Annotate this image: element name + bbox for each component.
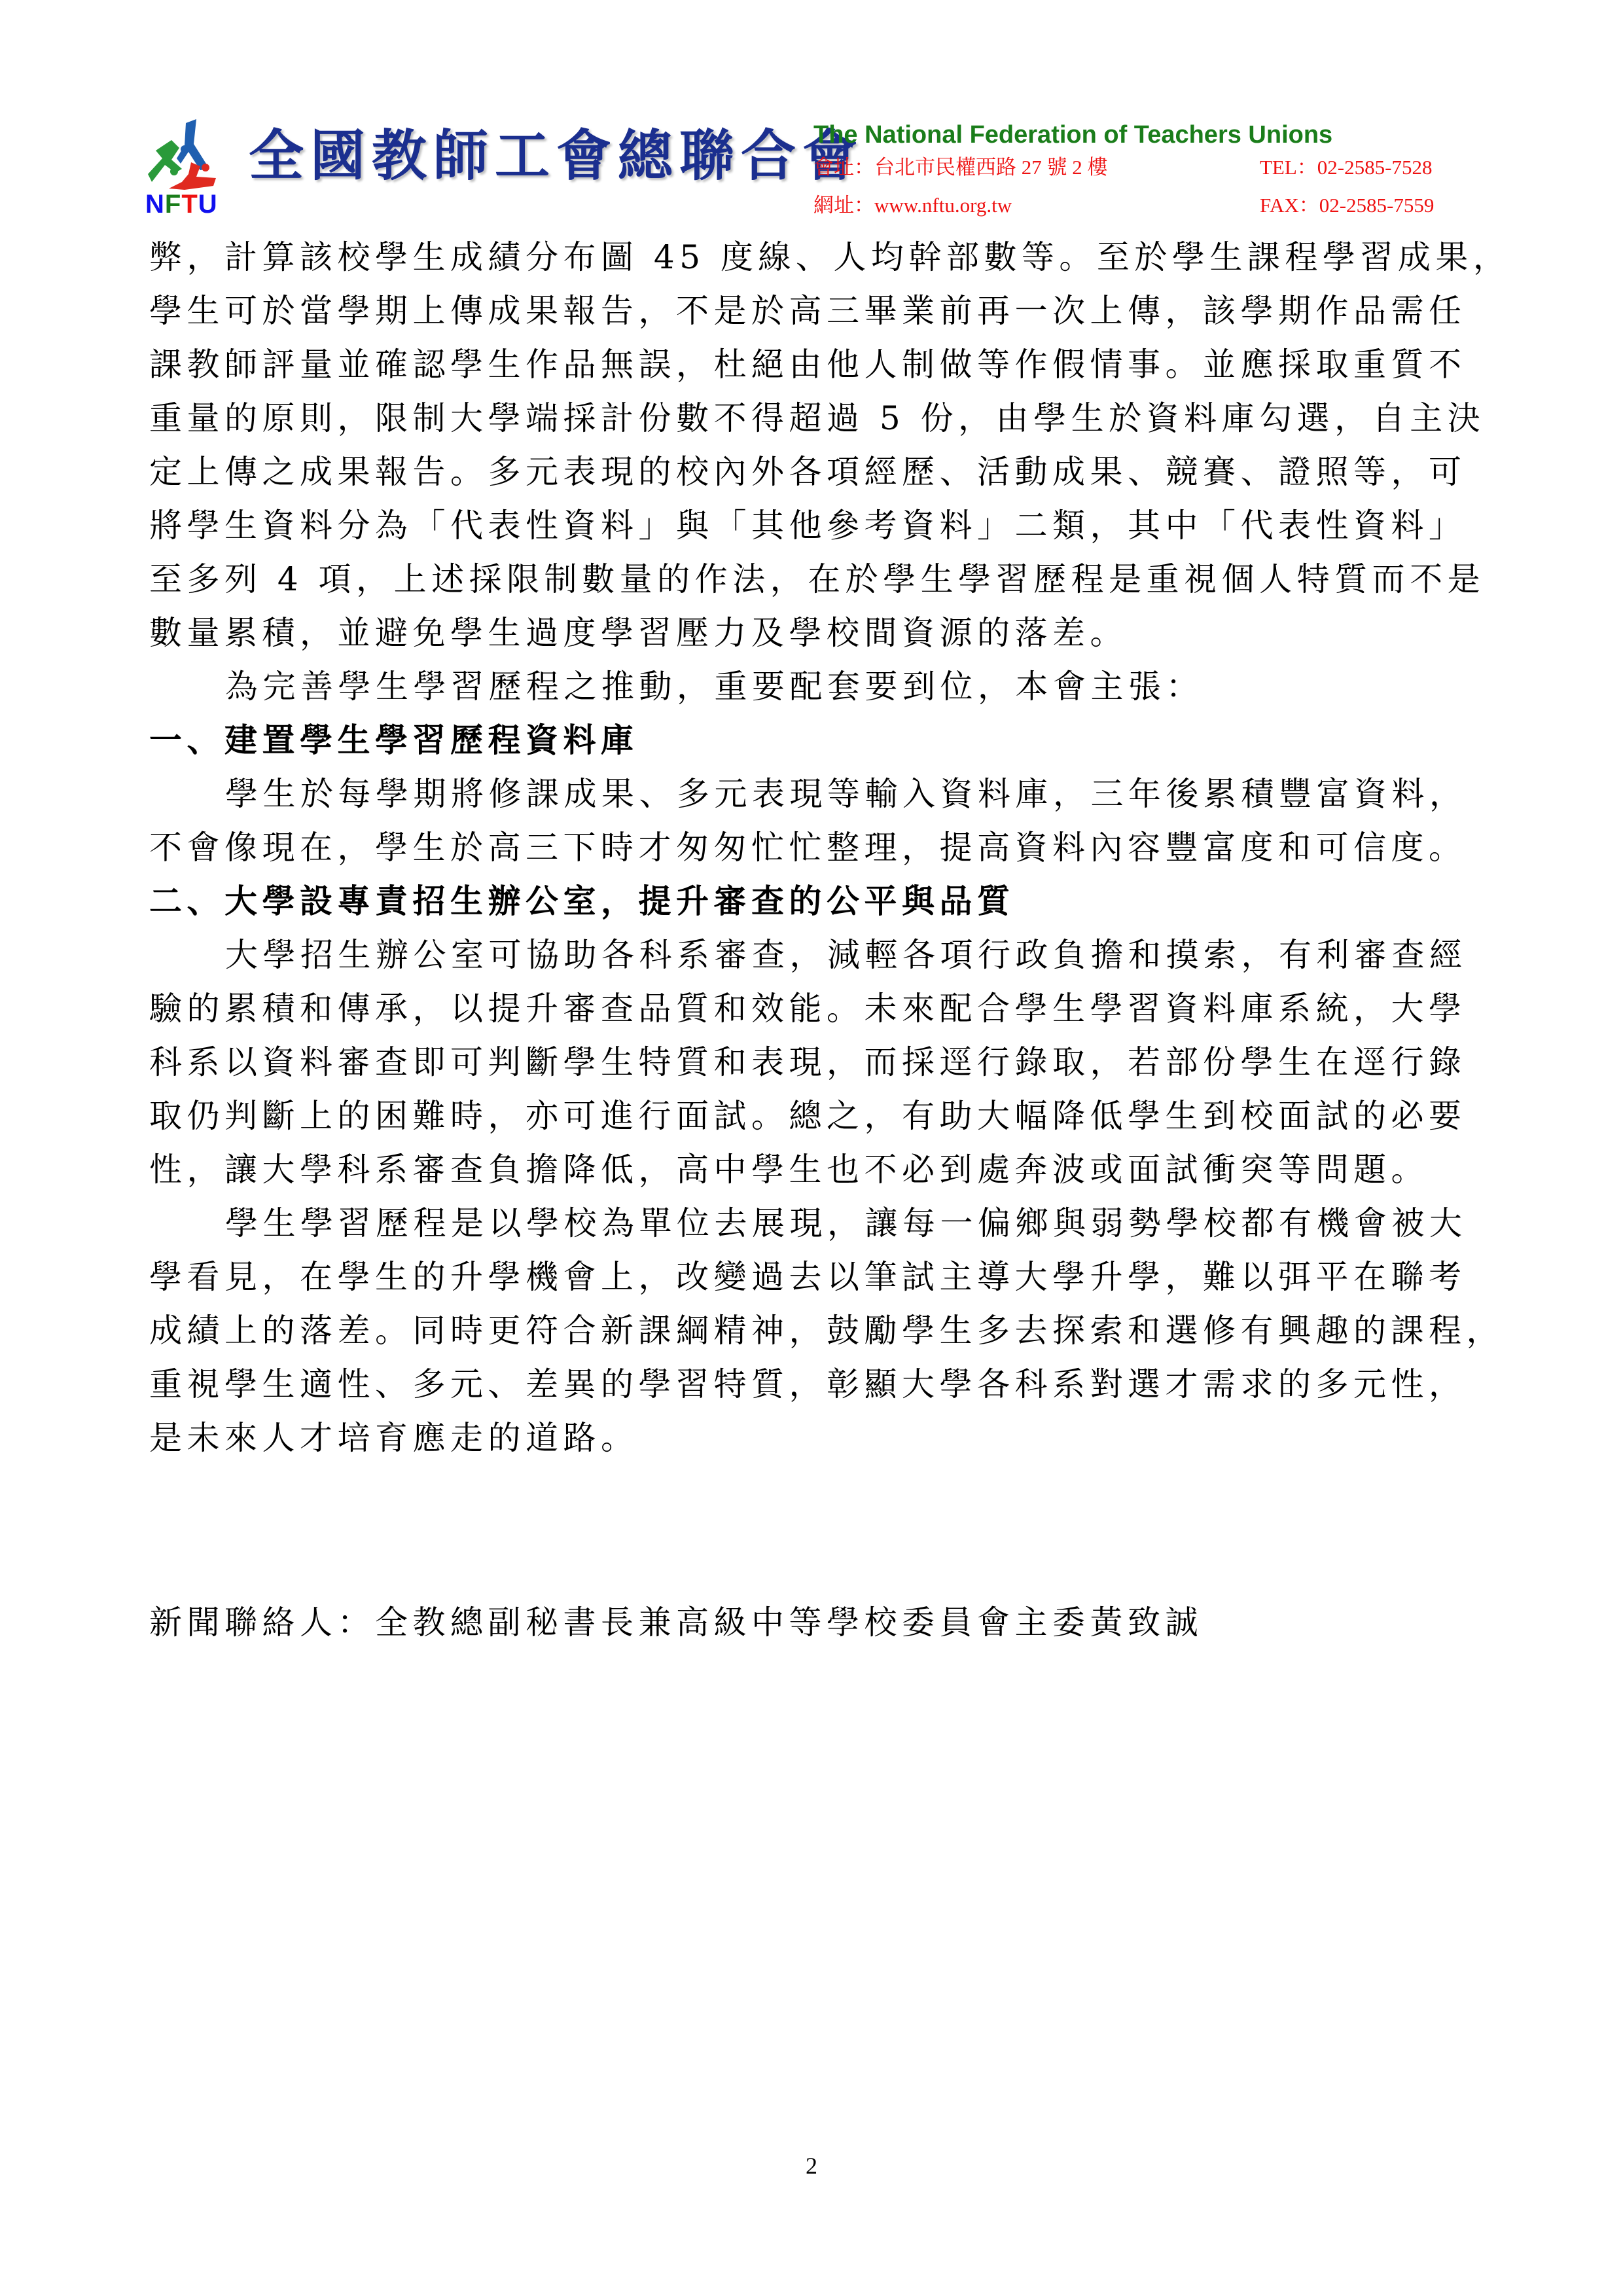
nftu-logo-icon: [145, 118, 217, 193]
telephone: TEL：02-2585-7528: [1260, 156, 1432, 179]
text-line: 性，讓大學科系審查負擔降低，高中學生也不必到處奔波或面試衝突等問題。: [149, 1143, 1478, 1196]
address: 會址：台北市民權西路 27 號 2 樓: [813, 156, 1108, 179]
logo-letter-u: U: [198, 191, 218, 217]
page-number: 2: [0, 2152, 1623, 2179]
logo-letter-n: N: [145, 191, 165, 217]
text-line: 將學生資料分為「代表性資料」與「其他參考資料」二類，其中「代表性資料」: [149, 499, 1478, 552]
text-line: 成績上的落差。同時更符合新課綱精神，鼓勵學生多去探索和選修有興趣的課程，: [149, 1304, 1478, 1357]
fax: FAX：02-2585-7559: [1260, 194, 1434, 217]
text-line: 重量的原則，限制大學端採計份數不得超過 5 份，由學生於資料庫勾選，自主決: [149, 391, 1478, 445]
document-body: 弊，計算該校學生成績分布圖 45 度線、人均幹部數等。至於學生課程學習成果， 學…: [149, 230, 1478, 1465]
text-line: 定上傳之成果報告。多元表現的校內外各項經歷、活動成果、競賽、證照等，可: [149, 445, 1478, 499]
text-line: 學生於每學期將修課成果、多元表現等輸入資料庫，三年後累積豐富資料，: [149, 767, 1478, 821]
text-line: 學生可於當學期上傳成果報告，不是於高三畢業前再一次上傳，該學期作品需任: [149, 284, 1478, 338]
section-1: 一、建置學生學習歷程資料庫 學生於每學期將修課成果、多元表現等輸入資料庫，三年後…: [149, 713, 1478, 874]
text-line: 學生學習歷程是以學校為單位去展現，讓每一偏鄉與弱勢學校都有機會被大: [149, 1196, 1478, 1250]
press-contact: 新聞聯絡人：全教總副秘書長兼高級中等學校委員會主委黃致誠: [149, 1596, 1203, 1649]
logo-letter-t: T: [181, 191, 198, 217]
section-heading: 一、建置學生學習歷程資料庫: [149, 713, 1478, 767]
text-line: 課教師評量並確認學生作品無誤，杜絕由他人制做等作假情事。並應採取重質不: [149, 338, 1478, 391]
text-line: 弊，計算該校學生成績分布圖 45 度線、人均幹部數等。至於學生課程學習成果，: [149, 230, 1478, 284]
text-line: 至多列 4 項，上述採限制數量的作法，在於學生學習歷程是重視個人特質而不是: [149, 552, 1478, 606]
text-line: 是未來人才培育應走的道路。: [149, 1411, 1478, 1465]
text-line: 學看見，在學生的升學機會上，改變過去以筆試主導大學升學，難以弭平在聯考: [149, 1250, 1478, 1304]
conclusion-paragraph: 學生學習歷程是以學校為單位去展現，讓每一偏鄉與弱勢學校都有機會被大 學看見，在學…: [149, 1196, 1478, 1465]
nftu-abbreviation: NFTU: [145, 191, 218, 217]
text-line: 不會像現在，學生於高三下時才匆匆忙忙整理，提高資料內容豐富度和可信度。: [149, 821, 1478, 874]
text-line: 數量累積，並避免學生過度學習壓力及學校間資源的落差。: [149, 606, 1478, 660]
text-line: 科系以資料審查即可判斷學生特質和表現，而採逕行錄取，若部份學生在逕行錄: [149, 1035, 1478, 1089]
section-2: 二、大學設專責招生辦公室，提升審查的公平與品質 大學招生辦公室可協助各科系審查，…: [149, 874, 1478, 1196]
text-line: 大學招生辦公室可協助各科系審查，減輕各項行政負擔和摸索，有利審查經: [149, 928, 1478, 982]
paragraph-continued: 弊，計算該校學生成績分布圖 45 度線、人均幹部數等。至於學生課程學習成果， 學…: [149, 230, 1478, 660]
org-name-chinese: 全國教師工會總聯合會: [249, 123, 864, 188]
org-name-english: The National Federation of Teachers Unio…: [813, 120, 1332, 149]
website: 網址：www.nftu.org.tw: [813, 194, 1012, 217]
logo-letter-f: F: [165, 191, 181, 217]
letterhead: NFTU 全國教師工會總聯合會 The National Federation …: [0, 0, 1623, 229]
text-line: 驗的累積和傳承，以提升審查品質和效能。未來配合學生學習資料庫系統，大學: [149, 982, 1478, 1035]
intro-paragraph: 為完善學生學習歷程之推動，重要配套要到位，本會主張：: [149, 660, 1478, 713]
text-line: 重視學生適性、多元、差異的學習特質，彰顯大學各科系對選才需求的多元性，: [149, 1357, 1478, 1411]
section-heading: 二、大學設專責招生辦公室，提升審查的公平與品質: [149, 874, 1478, 928]
text-line: 取仍判斷上的困難時，亦可進行面試。總之，有助大幅降低學生到校面試的必要: [149, 1089, 1478, 1143]
